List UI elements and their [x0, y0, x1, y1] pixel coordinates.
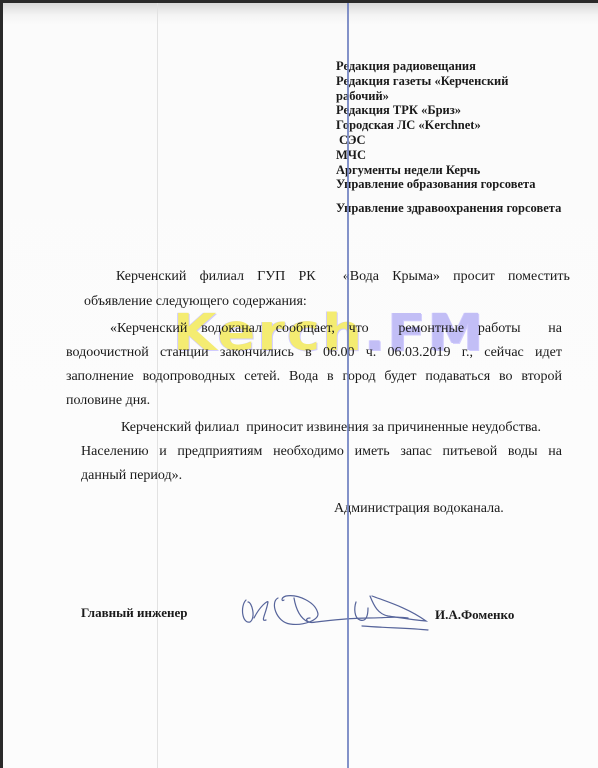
handwritten-signature	[238, 588, 438, 638]
recipient: Управление образования горсовета	[336, 177, 561, 192]
document-page: Редакция радиовещания Редакция газеты «К…	[3, 3, 598, 768]
notice-line-1: «Керченскийводоканалсообщает,чторемонтны…	[110, 321, 562, 337]
recipient: Управление здравоохранения горсовета	[336, 201, 561, 216]
signer-name: И.А.Фоменко	[435, 607, 514, 623]
notice-line-4: половине дня.	[66, 393, 150, 409]
notice-line-3: заполнениеводопроводныхсетей.Водавгородб…	[66, 369, 562, 385]
margin-line	[347, 3, 349, 768]
recipient: Аргументы недели Керчь	[336, 163, 561, 178]
intro-line-1: КерченскийфилиалГУПРК«ВодаКрыма»проситпо…	[116, 269, 570, 285]
apology-line-3: данный период».	[81, 468, 182, 484]
apology-line-1: Керченский филиал приносит извинения за …	[121, 420, 541, 436]
recipient: рабочий»	[336, 89, 561, 104]
apology-line-2: Населениюипредприятиямнеобходимоиметьзап…	[81, 444, 562, 460]
closing-line: Администрация водоканала.	[334, 501, 504, 517]
intro-line-2: объявление следующего содержания:	[84, 294, 307, 310]
recipient: СЭС	[336, 133, 561, 148]
recipient: Городская ЛС «Kerchnet»	[336, 118, 561, 133]
recipients-list: Редакция радиовещания Редакция газеты «К…	[336, 59, 561, 216]
notice-line-2: водоочистнойстанциизакончилисьв06.00ч.06…	[66, 345, 562, 361]
recipient: Редакция ТРК «Бриз»	[336, 103, 561, 118]
signer-position: Главный инженер	[81, 605, 188, 621]
recipient: МЧС	[336, 148, 561, 163]
recipient: Редакция радиовещания	[336, 59, 561, 74]
scan-artifact-line	[157, 3, 158, 768]
recipient: Редакция газеты «Керченский	[336, 74, 561, 89]
